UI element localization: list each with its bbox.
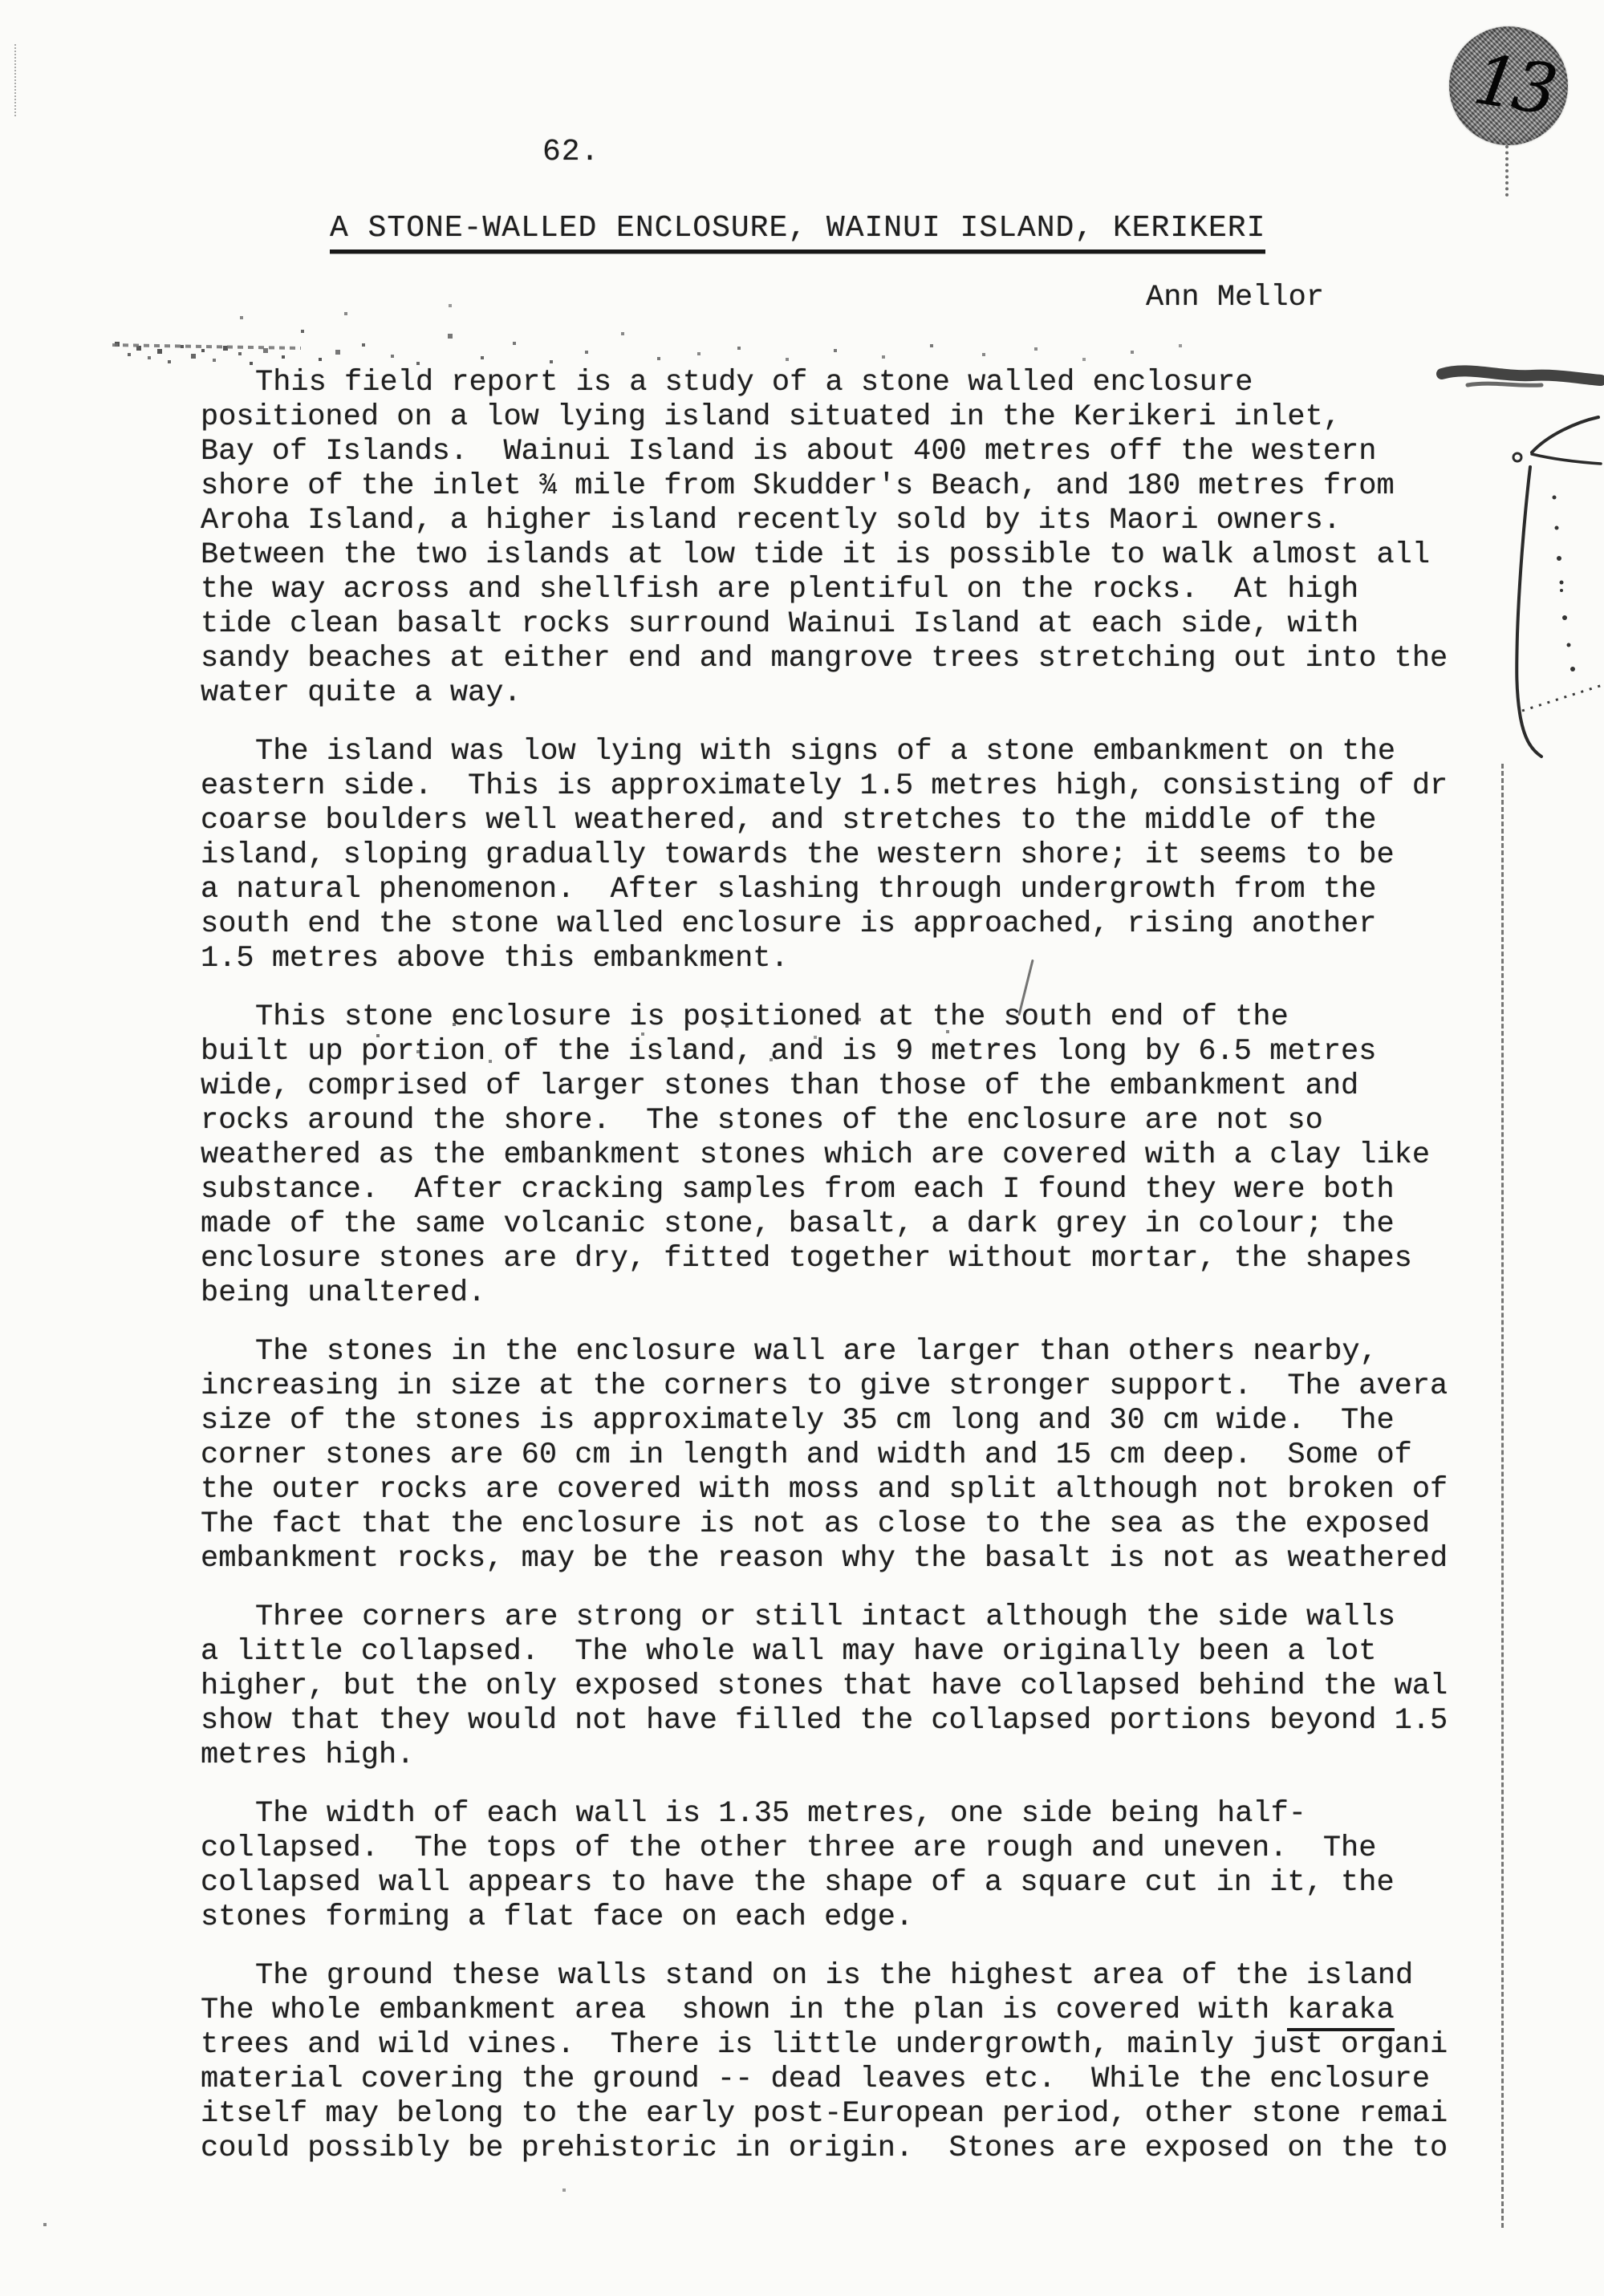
paragraph: The width of each wall is 1.35 metres, o… [201, 1797, 1517, 1935]
paragraph: This field report is a study of a stone … [201, 366, 1517, 711]
text-line: The width of each wall is 1.35 metres, o… [201, 1797, 1517, 1832]
page-number: 62. [542, 135, 599, 169]
text-line: enclosure stones are dry, fitted togethe… [201, 1242, 1517, 1276]
text-line: stones forming a flat face on each edge. [201, 1900, 1517, 1935]
text-line: higher, but the only exposed stones that… [201, 1669, 1517, 1704]
paragraph: This stone enclosure is positioned at th… [201, 1000, 1517, 1311]
pen-bracket-upper [1532, 417, 1598, 452]
text-line: The fact that the enclosure is not as cl… [201, 1507, 1517, 1542]
text-line: coarse boulders well weathered, and stre… [201, 804, 1517, 838]
text-line: positioned on a low lying island situate… [201, 400, 1517, 435]
text-line: eastern side. This is approximately 1.5 … [201, 769, 1517, 804]
left-edge-marks [14, 44, 16, 116]
text-line: sandy beaches at either end and mangrove… [201, 642, 1517, 676]
text-line: show that they would not have filled the… [201, 1704, 1517, 1738]
text-line: tide clean basalt rocks surround Wainui … [201, 607, 1517, 642]
underlined-word: karaka [1287, 1994, 1394, 2031]
text-line: increasing in size at the corners to giv… [201, 1369, 1517, 1404]
text-line: island, sloping gradually towards the we… [201, 838, 1517, 873]
text-line: south end the stone walled enclosure is … [201, 907, 1517, 942]
text-line: Aroha Island, a higher island recently s… [201, 504, 1517, 538]
scanned-document-page: 13 62. A STONE-WALLED ENCLOSURE, WAINUI … [0, 0, 1604, 2296]
text-line: a little collapsed. The whole wall may h… [201, 1635, 1517, 1669]
page-title: A STONE-WALLED ENCLOSURE, WAINUI ISLAND,… [330, 211, 1265, 254]
text-line: the outer rocks are covered with moss an… [201, 1473, 1517, 1507]
text-line: a natural phenomenon. After slashing thr… [201, 873, 1517, 907]
circled-page-stamp: 13 [1449, 26, 1568, 145]
text-line: itself may belong to the early post-Euro… [201, 2097, 1517, 2132]
text-line: corner stones are 60 cm in length and wi… [201, 1438, 1517, 1473]
text-line: collapsed wall appears to have the shape… [201, 1866, 1517, 1900]
text-line: made of the same volcanic stone, basalt,… [201, 1207, 1517, 1242]
document-body: This field report is a study of a stone … [201, 366, 1517, 2190]
text-line: This stone enclosure is positioned at th… [201, 1000, 1517, 1035]
scan-noise-streak [112, 343, 301, 350]
text-line: embankment rocks, may be the reason why … [201, 1542, 1517, 1576]
text-line: built up portion of the island, and is 9… [201, 1035, 1517, 1069]
text-line: could possibly be prehistoric in origin.… [201, 2132, 1517, 2166]
text-line: material covering the ground -- dead lea… [201, 2063, 1517, 2097]
author-name: Ann Mellor [1146, 281, 1324, 314]
text-line: The ground these walls stand on is the h… [201, 1959, 1517, 1994]
text-line: 1.5 metres above this embankment. [201, 942, 1517, 976]
text-line: water quite a way. [201, 676, 1517, 711]
paragraph: The ground these walls stand on is the h… [201, 1959, 1517, 2166]
text-line: Three corners are strong or still intact… [201, 1600, 1517, 1635]
text-line: The stones in the enclosure wall are lar… [201, 1335, 1517, 1369]
text-line: the way across and shellfish are plentif… [201, 573, 1517, 607]
text-line: The island was low lying with signs of a… [201, 735, 1517, 769]
paragraph: Three corners are strong or still intact… [201, 1600, 1517, 1773]
paragraph: The island was low lying with signs of a… [201, 735, 1517, 976]
text-line: trees and wild vines. There is little un… [201, 2028, 1517, 2063]
text-line: The whole embankment area shown in the p… [201, 1994, 1517, 2028]
text-line: being unaltered. [201, 1276, 1517, 1311]
margin-dashed-line [1501, 764, 1504, 2228]
text-line: metres high. [201, 1738, 1517, 1773]
pen-dotted-diagonal [1522, 685, 1602, 711]
text-line: shore of the inlet ¾ mile from Skudder's… [201, 469, 1517, 504]
stamp-dotted-line [1505, 145, 1509, 197]
pen-smudge [1442, 371, 1601, 380]
text-line: weathered as the embankment stones which… [201, 1138, 1517, 1173]
text-line: wide, comprised of larger stones than th… [201, 1069, 1517, 1104]
scan-noise-band [0, 0, 2, 2]
text-line: substance. After cracking samples from e… [201, 1173, 1517, 1207]
text-line: collapsed. The tops of the other three a… [201, 1832, 1517, 1866]
text-line: rocks around the shore. The stones of th… [201, 1104, 1517, 1138]
stamp-number: 13 [1468, 39, 1558, 131]
text-line: Between the two islands at low tide it i… [201, 538, 1517, 573]
pen-bracket-arm [1532, 454, 1601, 464]
pen-margin-annotation [1419, 345, 1604, 794]
paragraph: The stones in the enclosure wall are lar… [201, 1335, 1517, 1576]
text-line: size of the stones is approximately 35 c… [201, 1404, 1517, 1438]
pen-bracket-stem [1517, 467, 1541, 757]
text-line: This field report is a study of a stone … [201, 366, 1517, 400]
text-line: Bay of Islands. Wainui Island is about 4… [201, 435, 1517, 469]
